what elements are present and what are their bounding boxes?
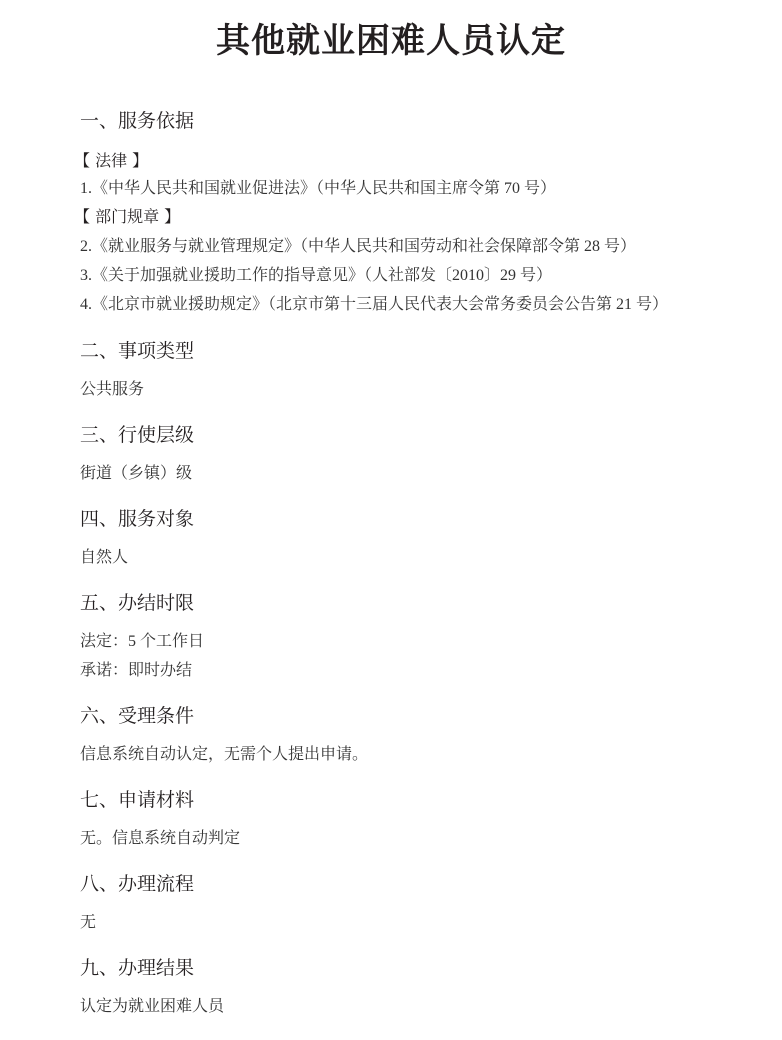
section-heading-process: 八、办理流程 — [80, 871, 194, 897]
section-text-result: 认定为就业困难人员 — [80, 996, 224, 1018]
section-text-materials: 无。信息系统自动判定 — [80, 828, 240, 850]
section-heading-result: 九、办理结果 — [80, 955, 194, 981]
section-text-time-limit-legal: 法定：5 个工作日 — [80, 631, 204, 653]
section-text-time-limit-promise: 承诺：即时办结 — [80, 660, 192, 682]
basis-item-4: 4.《北京市就业援助规定》（北京市第十三届人民代表大会常务委员会公告第 21 号… — [80, 294, 668, 316]
section-heading-target: 四、服务对象 — [80, 506, 194, 532]
group-label-regulations: 【 部门规章 】 — [74, 206, 180, 228]
section-text-target: 自然人 — [80, 547, 128, 569]
section-heading-conditions: 六、受理条件 — [80, 703, 194, 729]
basis-item-3: 3.《关于加强就业援助工作的指导意见》（人社部发〔2010〕29 号） — [80, 265, 552, 287]
section-text-type: 公共服务 — [80, 379, 144, 401]
group-label-law: 【 法律 】 — [74, 150, 148, 172]
basis-item-2: 2.《就业服务与就业管理规定》（中华人民共和国劳动和社会保障部令第 28 号） — [80, 236, 636, 258]
page-title: 其他就业困难人员认定 — [0, 18, 782, 64]
section-heading-type: 二、事项类型 — [80, 338, 194, 364]
section-heading-level: 三、行使层级 — [80, 422, 194, 448]
section-heading-materials: 七、申请材料 — [80, 787, 194, 813]
section-text-process: 无 — [80, 912, 96, 934]
section-text-conditions: 信息系统自动认定，无需个人提出申请。 — [80, 744, 368, 766]
section-heading-time-limit: 五、办结时限 — [80, 590, 194, 616]
section-text-level: 街道（乡镇）级 — [80, 463, 192, 485]
section-heading-basis: 一、服务依据 — [80, 108, 194, 134]
basis-item-1: 1.《中华人民共和国就业促进法》（中华人民共和国主席令第 70 号） — [80, 178, 556, 200]
